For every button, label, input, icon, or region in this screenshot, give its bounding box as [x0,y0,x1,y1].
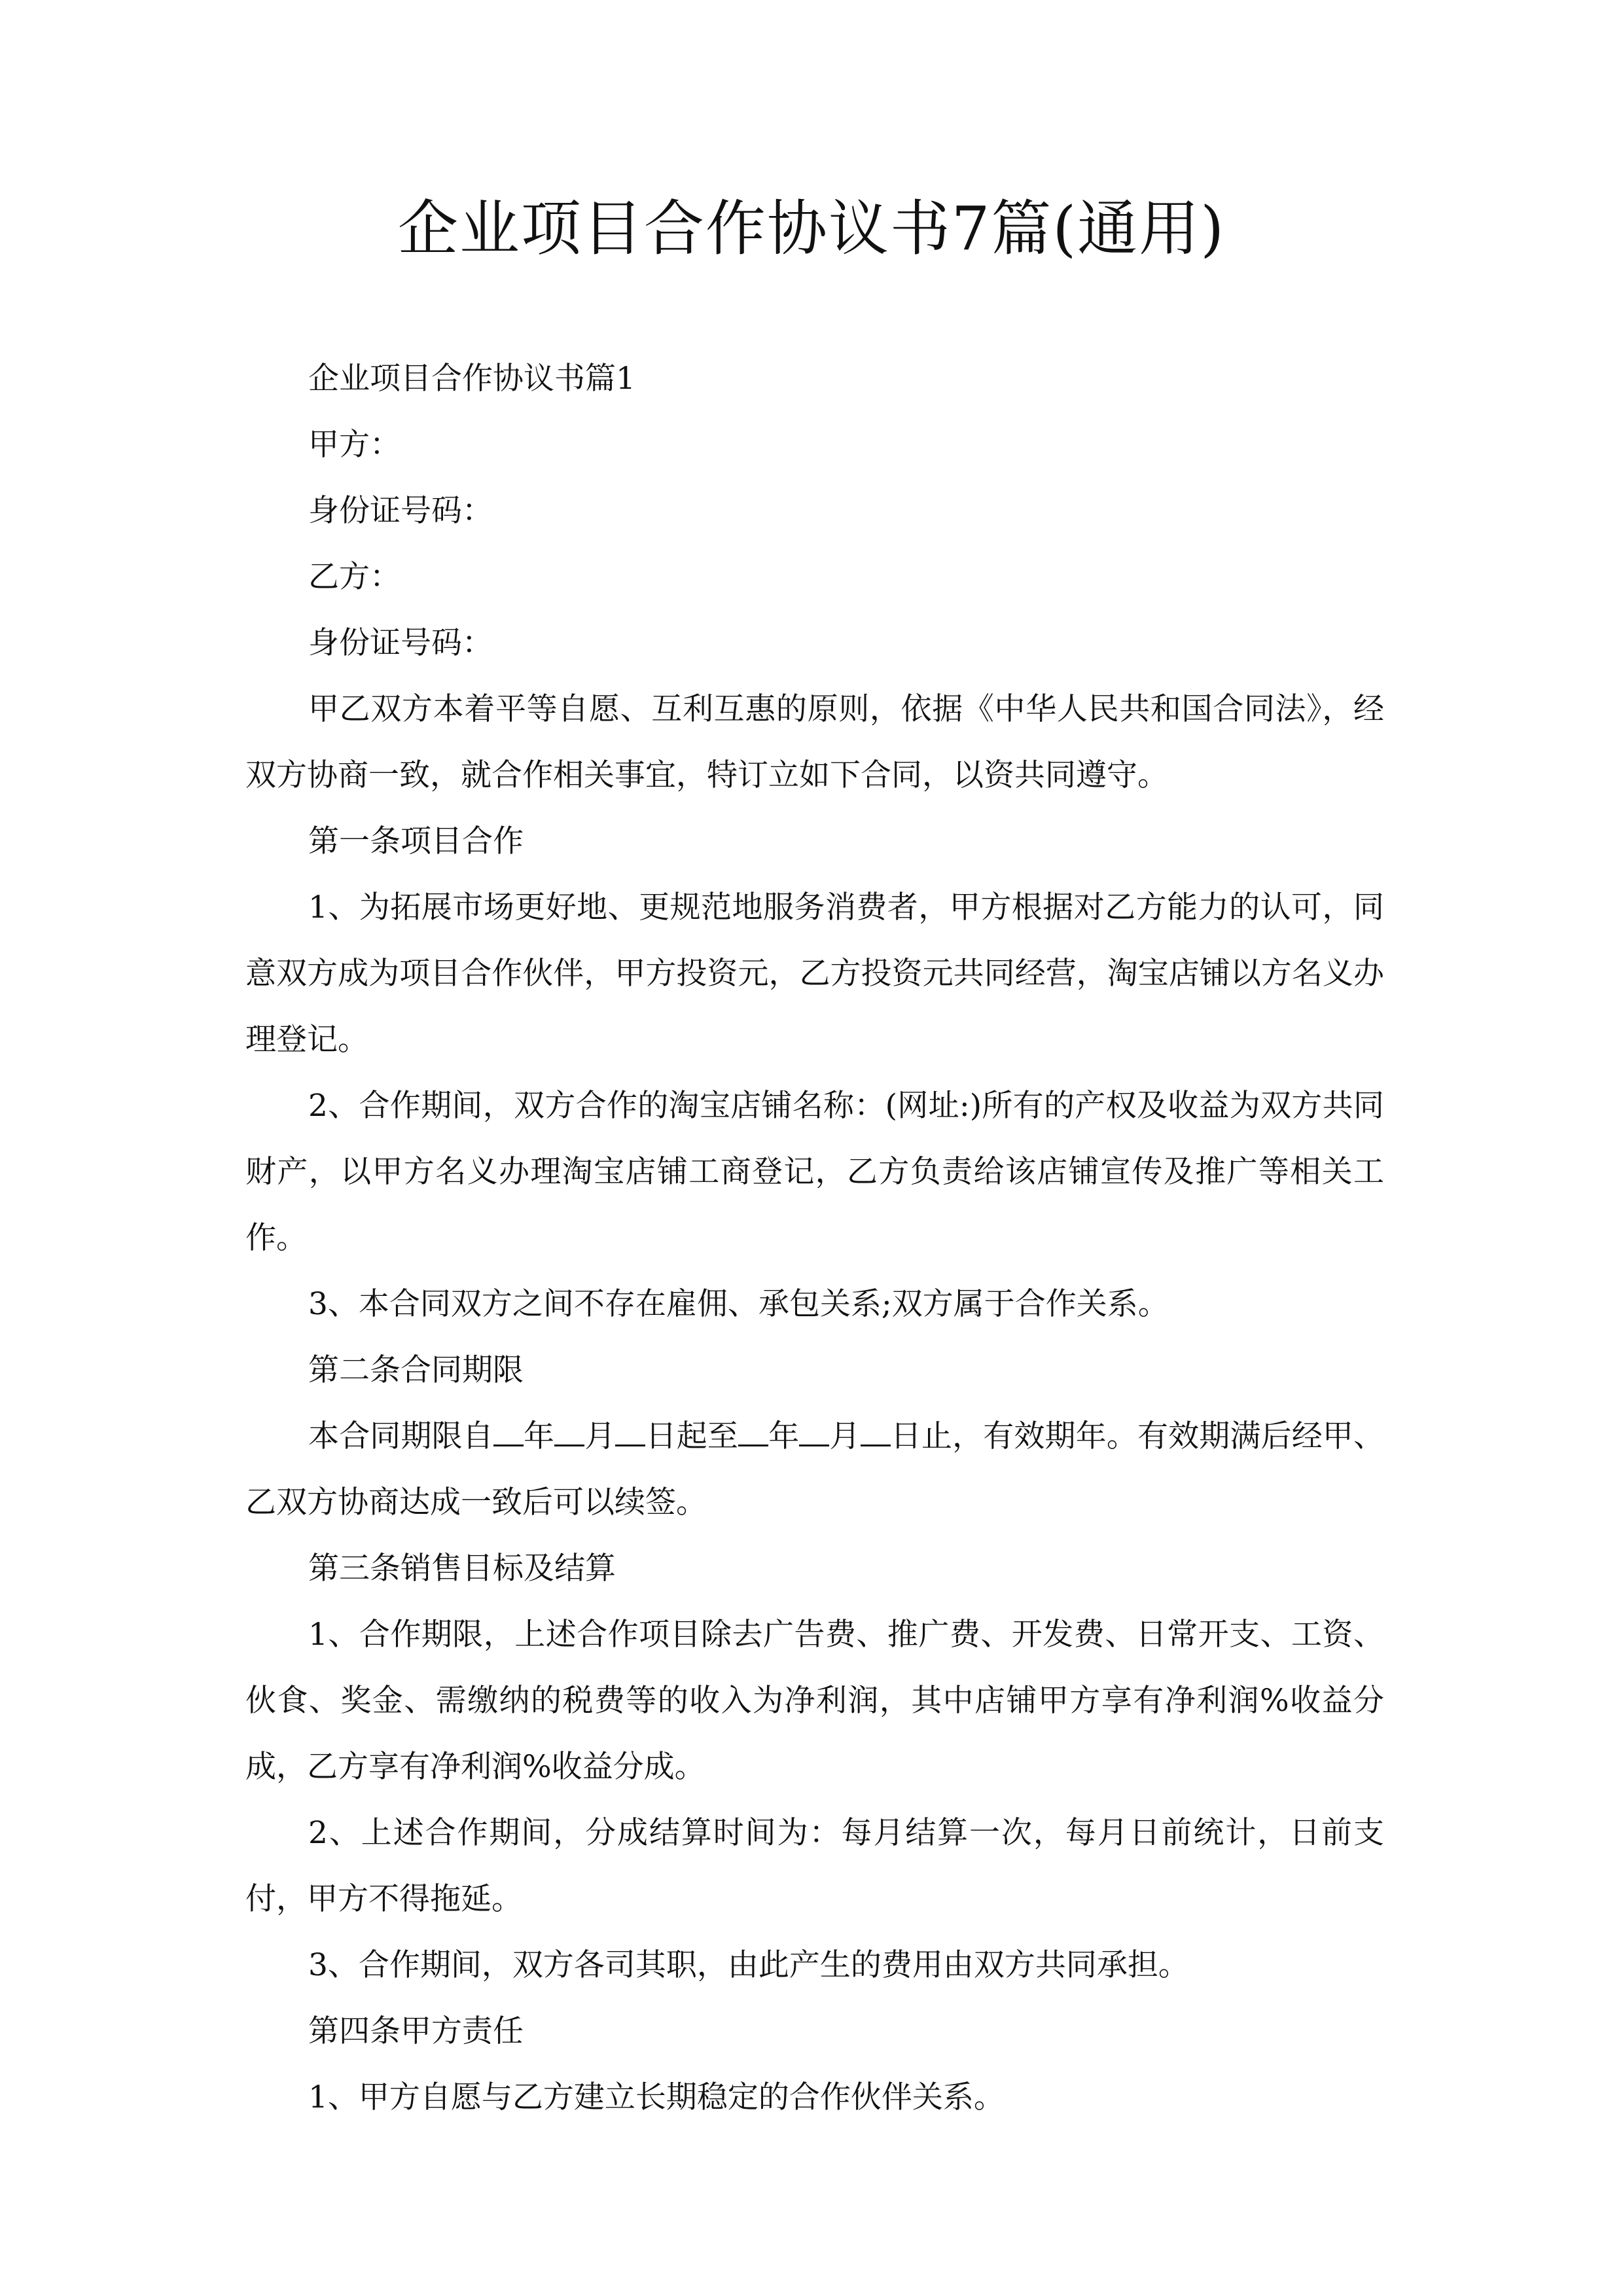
article-heading: 第三条销售目标及结算 [245,1535,1384,1602]
section-heading: 企业项目合作协议书篇1 [245,346,1384,412]
blank-field [615,1420,645,1446]
article-clause: 3、合作期间，双方各司其职，由此产生的费用由双方共同承担。 [245,1932,1384,1998]
article-clause: 2、上述合作期间，分成结算时间为：每月结算一次，每月日前统计，日前支付，甲方不得… [245,1800,1384,1932]
article-heading: 第二条合同期限 [245,1337,1384,1403]
article-clause: 3、本合同双方之间不存在雇佣、承包关系;双方属于合作关系。 [245,1271,1384,1337]
term-month-2: 月 [829,1418,860,1454]
party-b-id-label: 身份证号码： [245,610,1384,676]
article-heading: 第一条项目合作 [245,808,1384,874]
party-b-label: 乙方： [245,544,1384,610]
contract-term-paragraph: 本合同期限自年月日起至年月日止，有效期年。有效期满后经甲、乙双方协商达成一致后可… [245,1403,1384,1535]
article-heading: 第四条甲方责任 [245,1998,1384,2064]
term-day-1: 日起至 [645,1418,738,1454]
document-title: 企业项目合作协议书7篇(通用) [0,190,1623,268]
article-clause: 1、甲方自愿与乙方建立长期稳定的合作伙伴关系。 [245,2064,1384,2130]
document-body: 企业项目合作协议书篇1 甲方： 身份证号码： 乙方： 身份证号码： 甲乙双方本着… [245,346,1384,2130]
party-a-label: 甲方： [245,412,1384,478]
document-page: 企业项目合作协议书7篇(通用) 企业项目合作协议书篇1 甲方： 身份证号码： 乙… [0,0,1623,2296]
blank-field [738,1420,768,1446]
article-clause: 1、合作期限，上述合作项目除去广告费、推广费、开发费、日常开支、工资、伙食、奖金… [245,1602,1384,1800]
term-year-1: 年 [524,1418,554,1454]
term-prefix: 本合同期限自 [308,1418,493,1454]
blank-field [861,1420,891,1446]
blank-field [554,1420,584,1446]
blank-field [493,1420,524,1446]
blank-field [799,1420,829,1446]
article-clause: 2、合作期间，双方合作的淘宝店铺名称：(网址:)所有的产权及收益为双方共同财产，… [245,1073,1384,1271]
term-month-1: 月 [584,1418,615,1454]
preamble-paragraph: 甲乙双方本着平等自愿、互利互惠的原则，依据《中华人民共和国合同法》，经双方协商一… [245,676,1384,808]
term-year-2: 年 [768,1418,799,1454]
party-a-id-label: 身份证号码： [245,478,1384,544]
article-clause: 1、为拓展市场更好地、更规范地服务消费者，甲方根据对乙方能力的认可，同意双方成为… [245,874,1384,1073]
